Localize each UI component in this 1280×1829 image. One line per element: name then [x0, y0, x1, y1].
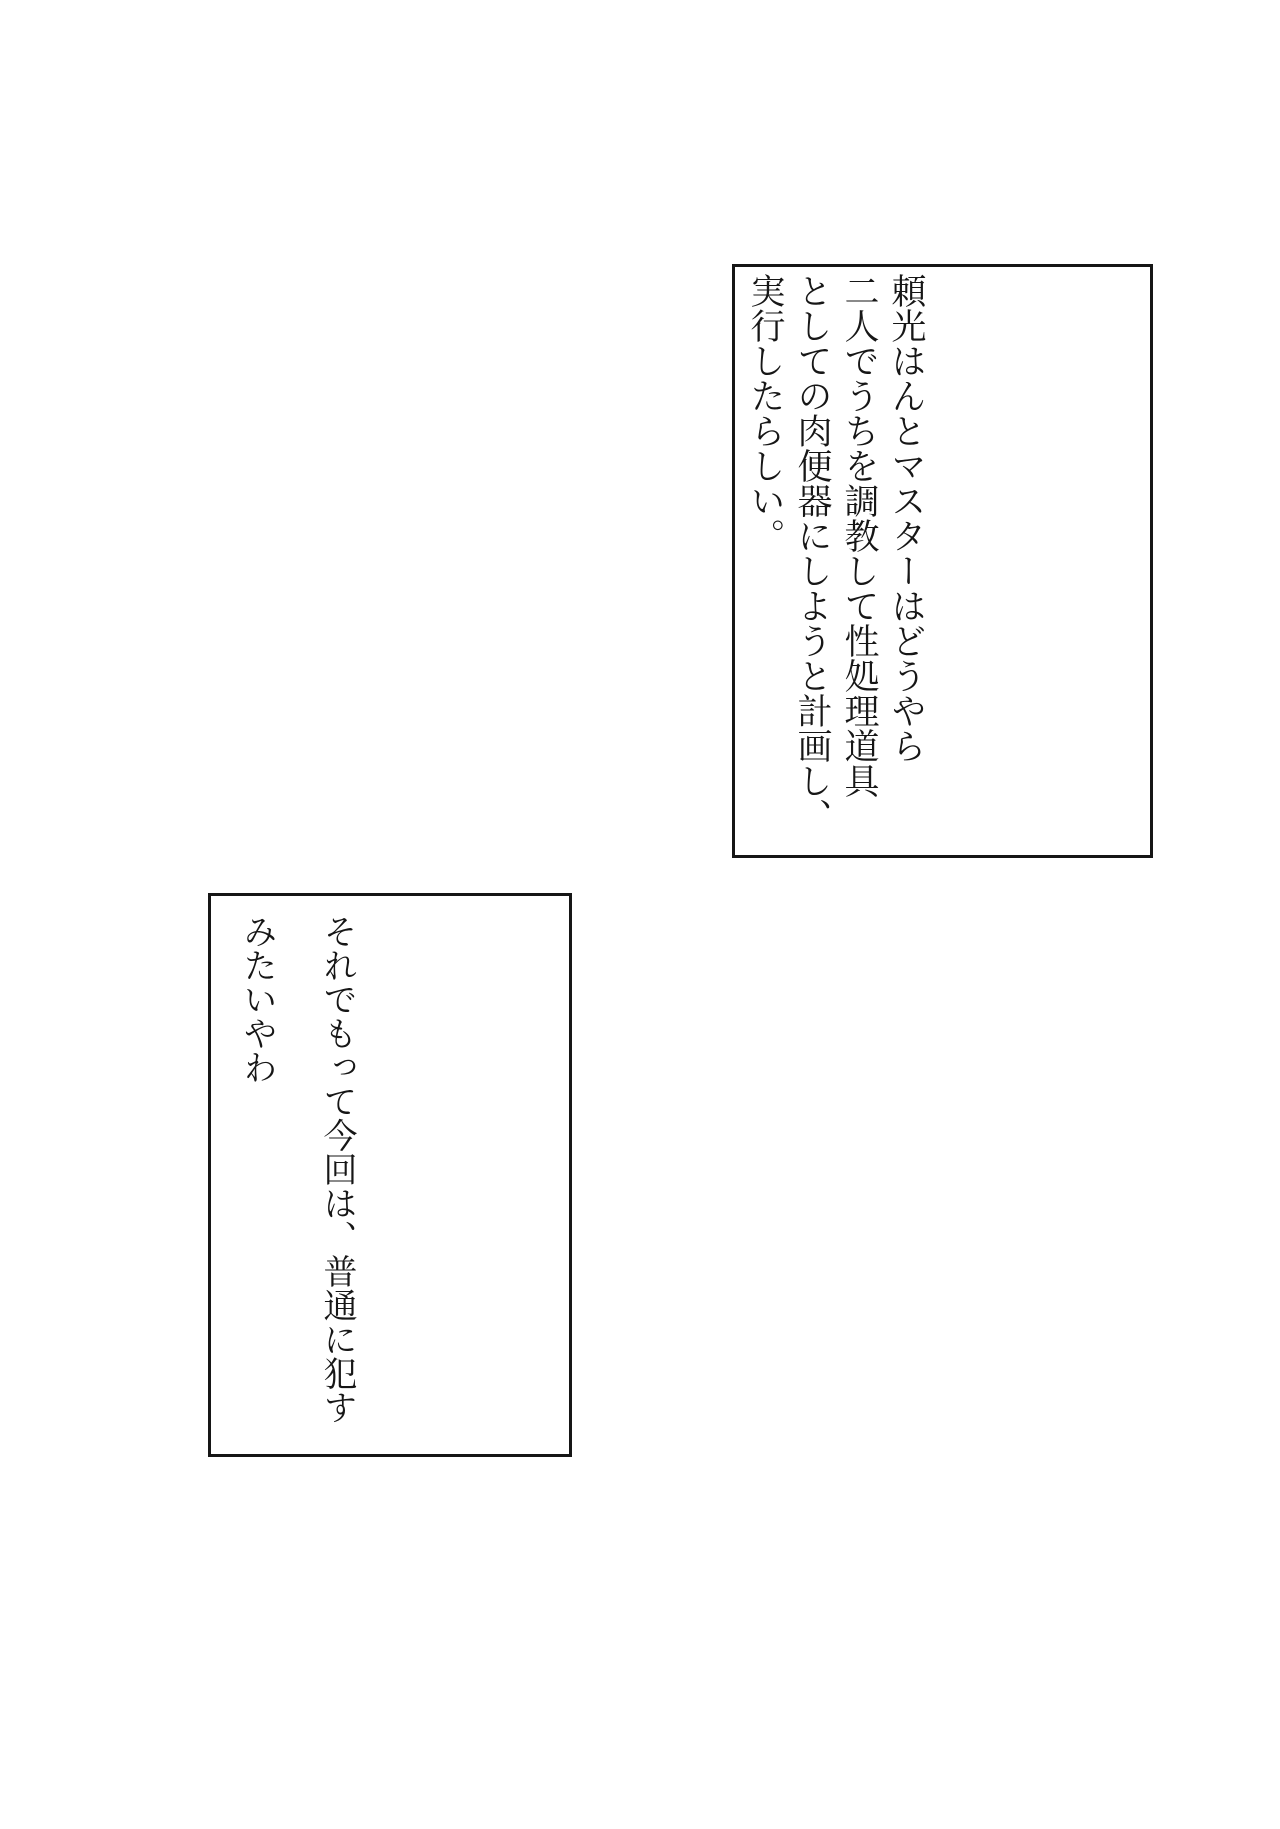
vertical-text-block-2: それでもって今回は、普通に犯す みたいやわ — [217, 914, 377, 1448]
text-column: それでもって今回は、普通に犯す — [297, 914, 377, 1448]
scanned-page: 頼光はんとマスターはどうやら 二人でうちを調教して性処理道具 としての肉便器にし… — [0, 0, 1280, 1829]
text-column: みたいやわ — [217, 914, 297, 1448]
text-column: 頼光はんとマスターはどうやら — [882, 273, 929, 849]
narration-box-1: 頼光はんとマスターはどうやら 二人でうちを調教して性処理道具 としての肉便器にし… — [732, 264, 1153, 858]
vertical-text-block-1: 頼光はんとマスターはどうやら 二人でうちを調教して性処理道具 としての肉便器にし… — [741, 273, 929, 849]
text-column: 実行したらしい。 — [741, 273, 788, 849]
narration-box-2: それでもって今回は、普通に犯す みたいやわ — [208, 893, 572, 1457]
text-column: 二人でうちを調教して性処理道具 — [835, 273, 882, 849]
text-column: としての肉便器にしようと計画し、 — [788, 273, 835, 849]
